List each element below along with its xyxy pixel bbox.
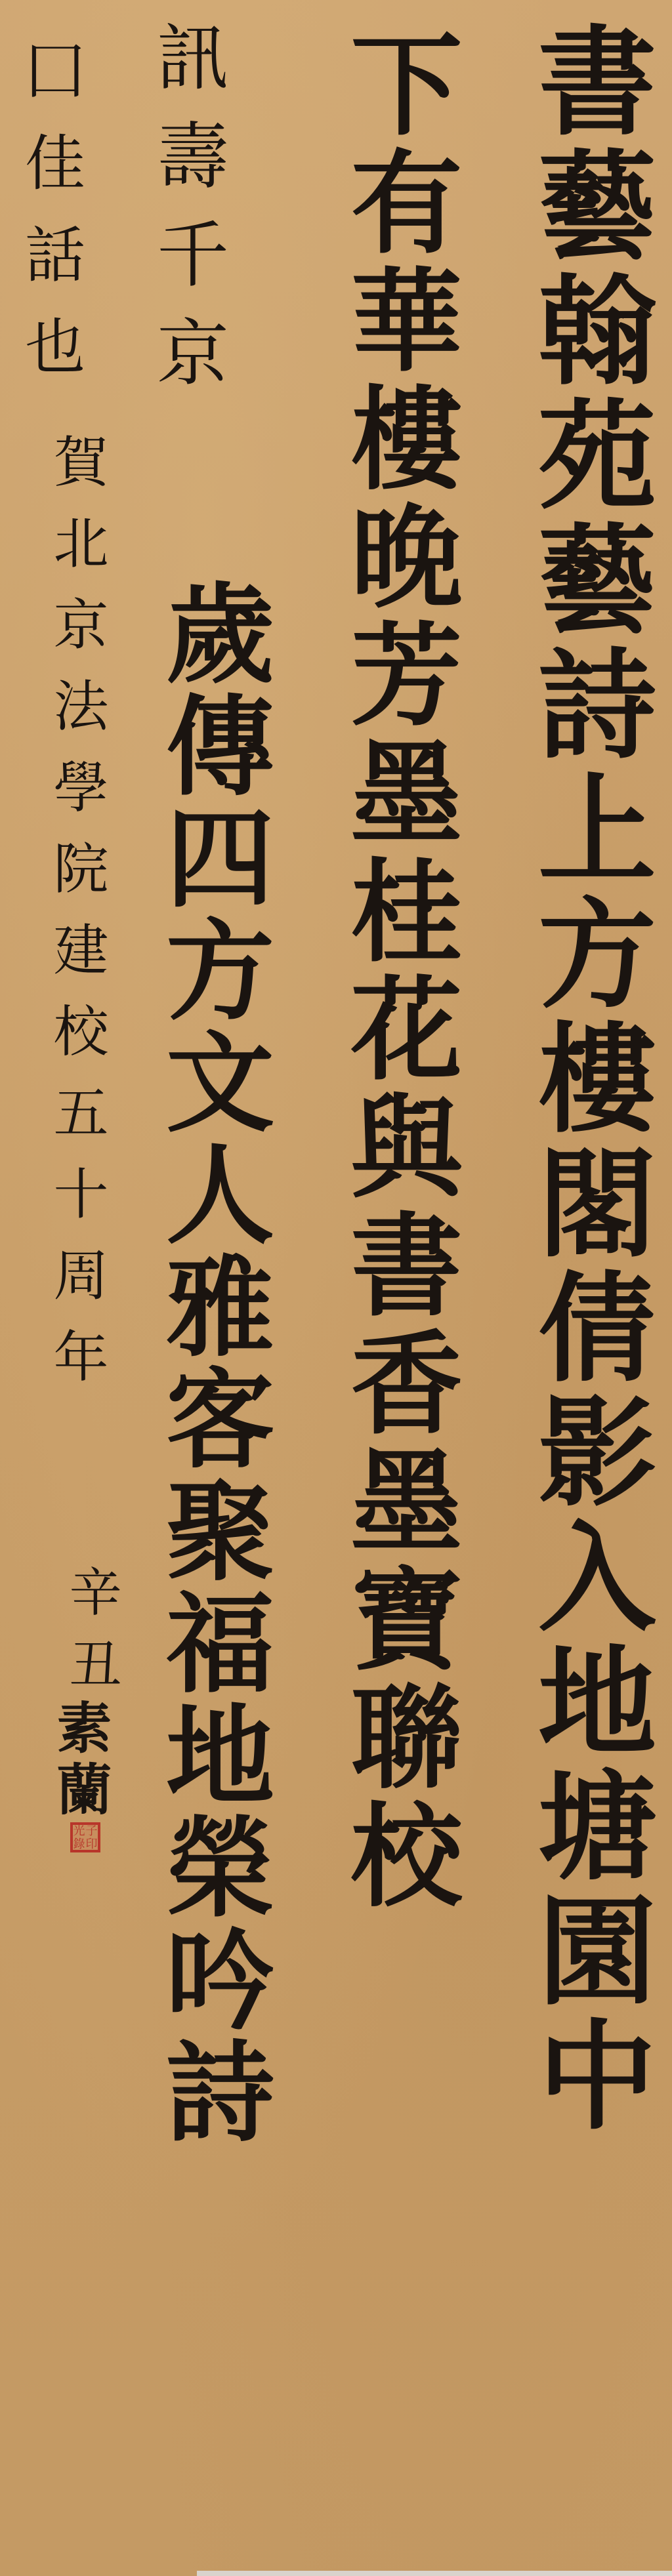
colophon-line-1: 囗佳話也 (20, 39, 80, 407)
colophon-date: 辛丑 (64, 1564, 117, 1709)
colophon-line-2: 賀北京法學院建校五十周年 (49, 433, 104, 1409)
signature: 素蘭 (52, 1699, 108, 1822)
main-column-3-top: 訊壽千京 (151, 20, 223, 413)
seal-char-3: 錄 (73, 1838, 85, 1851)
main-column-3: 歲傳四方文人雅客聚福地榮吟詩 (157, 577, 266, 2148)
seal-char-2: 子 (85, 1825, 98, 1838)
red-seal-stamp: 光 子 錄 印 (70, 1822, 100, 1852)
main-column-1: 書藝翰苑藝詩上方樓閣倩影入地塘園中 (528, 20, 646, 2138)
seal-char-4: 印 (85, 1838, 98, 1851)
seal-char-1: 光 (73, 1825, 85, 1838)
main-column-2: 下有華樓晚芳墨桂花與書香墨寶聯校 (341, 26, 453, 1915)
scroll-bottom-edge (197, 2571, 672, 2576)
